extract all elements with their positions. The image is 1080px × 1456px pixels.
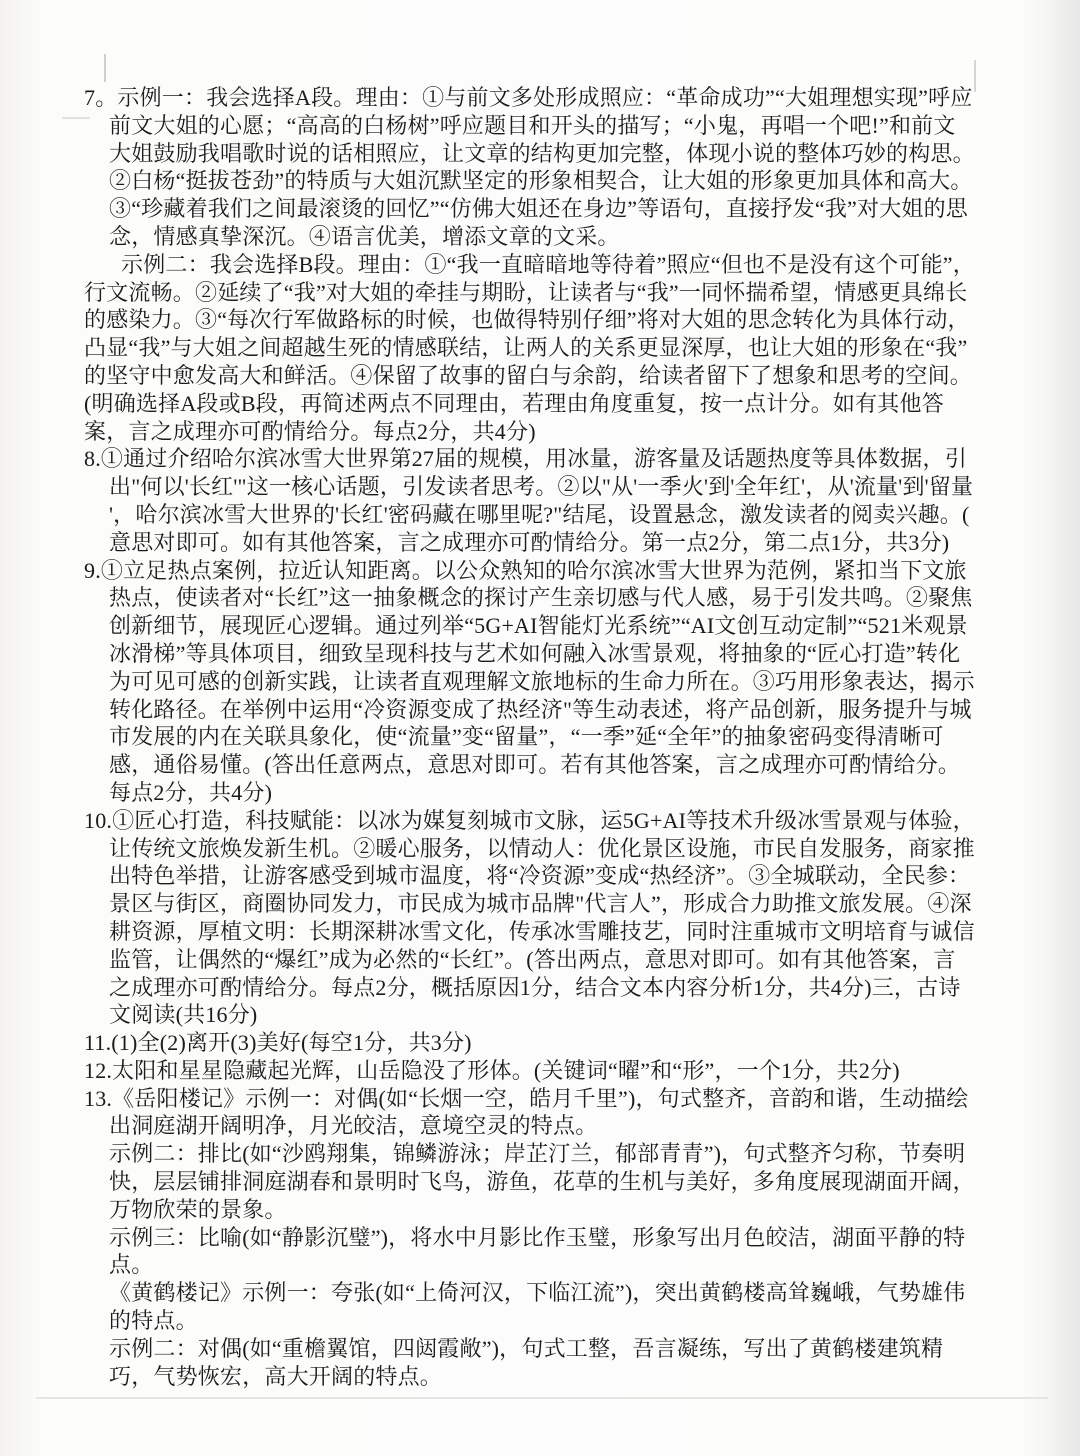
text-line: 前文大姐的心愿；“高高的白杨树”呼应题目和开头的描写；“小鬼，再唱一个吧!”和前… [84, 112, 1064, 140]
text-line: 案，言之成理亦可酌情给分。每点2分，共4分) [84, 418, 1064, 446]
text-line: 9.①立足热点案例，拉近认知距离。以公众熟知的哈尔滨冰雪大世界为范例，紧扣当下文… [84, 557, 1064, 585]
text-line: 12.太阳和星星隐藏起光辉，山岳隐没了形体。(关键词“曜”和“形”，一个1分，共… [84, 1057, 1064, 1085]
text-line: 意思对即可。如有其他答案，言之成理亦可酌情给分。第一点2分，第二点1分，共3分) [84, 529, 1064, 557]
answer-key-text-block: 7。示例一：我会选择A段。理由：①与前文多处形成照应：“革命成功”“大姐理想实现… [84, 84, 1064, 1390]
scan-artifact-top-left-tick [104, 54, 106, 82]
text-line: 示例三：比喻(如“静影沉璧”)，将水中月影比作玉璧，形象写出月色皎洁，湖面平静的… [84, 1224, 1064, 1252]
text-line: 让传统文旅焕发新生机。②暖心服务，以情动人：优化景区设施，市民自发服务，商家推 [84, 835, 1064, 863]
text-line: 《黄鹤楼记》示例一：夸张(如“上倚河汉，下临江流”)，突出黄鹤楼高耸巍峨，气势雄… [84, 1279, 1064, 1307]
scan-artifact-bottom-fold-line [36, 1397, 1048, 1399]
text-line: 万物欣荣的景象。 [84, 1196, 1064, 1224]
text-line: 的坚守中愈发高大和鲜活。④保留了故事的留白与余韵，给读者留下了想象和思考的空间。 [84, 362, 1064, 390]
text-line: 行文流畅。②延续了“我”对大姐的牵挂与期盼，让读者与“我”一同怀揣希望，情感更具… [84, 279, 1064, 307]
text-line: 巧，气势恢宏，高大开阔的特点。 [84, 1363, 1064, 1391]
text-line: 念，情感真挚深沉。④语言优美，增添文章的文采。 [84, 223, 1064, 251]
text-line: (明确选择A段或B段，再简述两点不同理由，若理由角度重复，按一点计分。如有其他答 [84, 390, 1064, 418]
text-line: 文阅读(共16分) [84, 1001, 1064, 1029]
text-line: '，哈尔滨冰雪大世界的'长红'密码藏在哪里呢?"结尾，设置悬念，激发读者的阅卖兴… [84, 501, 1064, 529]
text-line: 快，层层铺排洞庭湖春和景明时飞鸟，游鱼，花草的生机与美好，多角度展现湖面开阔， [84, 1168, 1064, 1196]
text-line: 出"何以'长红'"这一核心话题，引发读者思考。②以"从'一季火'到'全年红'，从… [84, 473, 1064, 501]
text-line: 的感染力。③“每次行军做路标的时候，也做得特别仔细”将对大姐的思念转化为具体行动… [84, 306, 1064, 334]
text-line: 感，通俗易懂。(答出任意两点，意思对即可。若有其他答案，言之成理亦可酌情给分。 [84, 751, 1064, 779]
text-line: 出洞庭湖开阔明净，月光皎洁，意境空灵的特点。 [84, 1112, 1064, 1140]
text-line: ②白杨“挺拔苍劲”的特质与大姐沉默坚定的形象相契合，让大姐的形象更加具体和高大。 [84, 167, 1064, 195]
text-line: 8.①通过介绍哈尔滨冰雪大世界第27届的规模，用冰量，游客量及话题热度等具体数据… [84, 445, 1064, 473]
text-line: 创新细节，展现匠心逻辑。通过列举“5G+AI智能灯光系统”“AI文创互动定制”“… [84, 612, 1064, 640]
text-line: 之成理亦可酌情给分。每点2分，概括原因1分，结合文本内容分析1分，共4分)三，古… [84, 974, 1064, 1002]
text-line: 示例二：对偶(如“重檐翼馆，四闼霞敞”)，句式工整，吾言凝练，写出了黄鹤楼建筑精 [84, 1335, 1064, 1363]
text-line: 冰滑梯”等具体项目，细致呈现科技与艺术如何融入冰雪景观，将抽象的“匠心打造”转化 [84, 640, 1064, 668]
text-line: 景区与街区，商圈协同发力，市民成为城市品牌"代言人”，形成合力助推文旅发展。④深 [84, 890, 1064, 918]
text-line: 13.《岳阳楼记》示例一：对偶(如“长烟一空，皓月千里”)，句式整齐，音韵和谐，… [84, 1085, 1064, 1113]
scanned-answer-page: 7。示例一：我会选择A段。理由：①与前文多处形成照应：“革命成功”“大姐理想实现… [0, 0, 1080, 1456]
text-line: 点。 [84, 1251, 1064, 1279]
text-line: 转化路径。在举例中运用“冷资源变成了热经济"等生动表述，将产品创新，服务提升与城 [84, 696, 1064, 724]
text-line: 大姐鼓励我唱歌时说的话相照应，让文章的结构更加完整，体现小说的整体巧妙的构思。 [84, 140, 1064, 168]
text-line: 示例二：我会选择B段。理由：①“我一直暗暗地等待着”照应“但也不是没有这个可能”… [84, 251, 1064, 279]
text-line: 每点2分，共4分) [84, 779, 1064, 807]
text-line: 凸显“我”与大姐之间超越生死的情感联结，让两人的关系更显深厚，也让大姐的形象在“… [84, 334, 1064, 362]
text-line: 示例二：排比(如“沙鸥翔集，锦鳞游泳；岸芷汀兰，郁部青青”)，句式整齐匀称，节奏… [84, 1140, 1064, 1168]
text-line: 的特点。 [84, 1307, 1064, 1335]
text-line: 监管，让偶然的“爆红”成为必然的“长红”。(答出两点，意思对即可。如有其他答案，… [84, 946, 1064, 974]
text-line: 市发展的内在关联具象化，使“流量”变“留量”，“一季”延“全年”的抽象密码变得清… [84, 723, 1064, 751]
text-line: 10.①匠心打造，科技赋能：以冰为媒复刻城市文脉，运5G+AI等技术升级冰雪景观… [84, 807, 1064, 835]
text-line: 热点，使读者对“长红”这一抽象概念的探讨产生亲切感与代人感，易于引发共鸣。②聚焦 [84, 584, 1064, 612]
text-line: 7。示例一：我会选择A段。理由：①与前文多处形成照应：“革命成功”“大姐理想实现… [84, 84, 1064, 112]
text-line: 11.(1)全(2)离开(3)美好(每空1分，共3分) [84, 1029, 1064, 1057]
text-line: ③“珍藏着我们之间最滚烫的回忆”“仿佛大姐还在身边”等语句，直接抒发“我”对大姐… [84, 195, 1064, 223]
text-line: 出特色举措，让游客感受到城市温度，将“冷资源”变成“热经济”。③全城联动，全民参… [84, 862, 1064, 890]
text-line: 为可见可感的创新实践，让读者直观理解文旅地标的生命力所在。③巧用形象表达，揭示 [84, 668, 1064, 696]
text-line: 耕资源，厚植文明：长期深耕冰雪文化，传承冰雪雕技艺，同时注重城市文明培育与诚信 [84, 918, 1064, 946]
